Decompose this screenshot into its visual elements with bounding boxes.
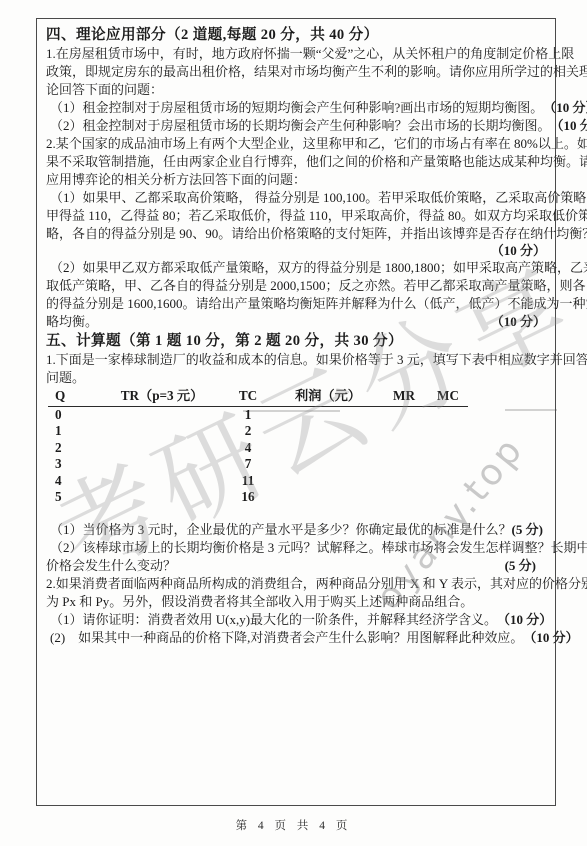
page-number-footer: 第 4 页 共 4 页 [0, 817, 587, 833]
table-row: 2 4 [48, 440, 468, 456]
theory-q2-part2-score: （10 分） [491, 313, 546, 331]
calc-q1-part1: （1）当价格为 3 元时，企业最优的产量水平是多少？你确定最优的标准是什么？ (… [46, 521, 546, 539]
theory-q2-part1-score: （10 分） [46, 243, 546, 259]
theory-q2-part1-line: 甲得益 110，乙得益 80；若乙采取低价，得益 110，甲采取高价，得益 80… [46, 207, 546, 225]
table-row: 3 7 [48, 456, 468, 472]
theory-q1-part1-text: （1）租金控制对于房屋租赁市场的短期均衡会产生何种影响?画出市场的短期均衡图。 [46, 99, 543, 117]
cell-profit [276, 423, 380, 439]
cell-profit [276, 489, 380, 505]
col-header-q: Q [48, 388, 104, 404]
cell-q: 2 [48, 440, 104, 456]
calc-q1-line: 问题。 [46, 369, 546, 387]
calc-q2-part1: （1）请你证明：消费者效用 U(x,y)最大化的一阶条件，并解释其经济学含义。 … [46, 611, 546, 629]
table-row: 0 1 [48, 407, 468, 423]
table-gap [46, 507, 546, 521]
theory-q2-part2-line: 取低产策略，甲、乙各自的得益分别是 2000,1500；反之亦然。若甲乙都采取高… [46, 277, 546, 295]
cell-mc [428, 473, 468, 489]
cell-mc [428, 456, 468, 472]
cell-q: 3 [48, 456, 104, 472]
theory-q1-part1: （1）租金控制对于房屋租赁市场的短期均衡会产生何种影响?画出市场的短期均衡图。 … [46, 99, 546, 117]
theory-q2-line: 应用博弈论的相关分析方法回答下面的问题： [46, 171, 546, 189]
cell-mr [380, 489, 428, 505]
theory-q1-part2-score: （10 分） [551, 117, 587, 135]
section-calc-title: 五、计算题（第 1 题 10 分，第 2 题 20 分，共 30 分） [46, 331, 546, 351]
theory-q2-part1-line: （1）如果甲、乙都采取高价策略， 得益分别是 100,100。若甲采取低价策略，… [46, 189, 546, 207]
theory-q2-part2-last: 略均衡。 [46, 313, 98, 331]
cell-tc: 11 [220, 473, 276, 489]
theory-q1-line: 政策，即规定房东的最高出租价格，结果对市场均衡产生不利的影响。请你应用所学过的相… [46, 63, 546, 81]
cost-revenue-table: Q TR（p=3 元） TC 利润（元） MR MC 0 1 1 2 [48, 388, 468, 505]
cell-tc: 1 [220, 407, 276, 423]
theory-q2-part1-line: 略，各自的得益分别是 90、90。请给出价格策略的支付矩阵，并指出该博弈是否存在… [46, 225, 546, 243]
theory-q2-part2-end: 略均衡。 （10 分） [46, 313, 546, 331]
theory-q1-part1-score: （10 分） [543, 99, 587, 117]
calc-q1-part2-end: 价格会发生什么变动？ (5 分) [46, 557, 546, 575]
calc-q2-part2-score: （10 分） [523, 629, 578, 647]
section-theory-title: 四、理论应用部分（2 道题,每题 20 分，共 40 分） [46, 25, 546, 45]
exam-page: 四、理论应用部分（2 道题,每题 20 分，共 40 分） 1.在房屋租赁市场中… [0, 0, 587, 846]
cell-q: 5 [48, 489, 104, 505]
cell-tc: 2 [220, 423, 276, 439]
calc-q2-part2-text: (2) 如果其中一种商品的价格下降,对消费者会产生什么影响？用图解释此种效应。 [46, 629, 523, 647]
cell-tr [104, 440, 220, 456]
cell-profit [276, 456, 380, 472]
cell-mc [428, 440, 468, 456]
cell-mc [428, 489, 468, 505]
theory-q1-line: 论回答下面的问题： [46, 81, 546, 99]
cell-mr [380, 440, 428, 456]
cell-mc [428, 423, 468, 439]
theory-q2-line: 2.某个国家的成品油市场上有两个大型企业，这里称甲和乙，它们的市场占有率在 80… [46, 135, 546, 153]
calc-q2-part1-score: （10 分） [497, 611, 552, 629]
cell-tr [104, 407, 220, 423]
calc-q1-part2-last: 价格会发生什么变动？ [46, 557, 176, 575]
cell-q: 0 [48, 407, 104, 423]
table-header-row: Q TR（p=3 元） TC 利润（元） MR MC [48, 388, 468, 407]
calc-q2-line: 2.如果消费者面临两种商品所构成的消费组合，两种商品分别用 X 和 Y 表示，其… [46, 575, 546, 593]
cell-tr [104, 423, 220, 439]
cell-profit [276, 407, 380, 423]
cell-mr [380, 473, 428, 489]
col-header-tr: TR（p=3 元） [104, 388, 220, 404]
table-row: 5 16 [48, 489, 468, 505]
cell-mr [380, 456, 428, 472]
cell-mr [380, 423, 428, 439]
calc-q1-part1-text: （1）当价格为 3 元时，企业最优的产量水平是多少？你确定最优的标准是什么？ [46, 521, 512, 539]
cell-mc [428, 407, 468, 423]
cell-profit [276, 473, 380, 489]
question-border-box: 四、理论应用部分（2 道题,每题 20 分，共 40 分） 1.在房屋租赁市场中… [36, 18, 556, 806]
cell-q: 1 [48, 423, 104, 439]
cell-tr [104, 456, 220, 472]
theory-q2-line: 果不采取管制措施，任由两家企业自行博弈，他们之间的价格和产量策略也能达成某种均衡… [46, 153, 546, 171]
col-header-mc: MC [428, 388, 468, 404]
cell-tc: 4 [220, 440, 276, 456]
cell-profit [276, 440, 380, 456]
calc-q2-line: 为 Px 和 Py。另外，假设消费者将其全部收入用于购买上述两种商品组合。 [46, 593, 546, 611]
calc-q1-part1-score: (5 分) [512, 521, 543, 539]
cell-q: 4 [48, 473, 104, 489]
col-header-tc: TC [220, 388, 276, 404]
theory-q1-part2-text: （2）租金控制对于房屋租赁市场的长期均衡会产生何种影响？会出市场的长期均衡图。 [46, 117, 551, 135]
calc-q2-part1-text: （1）请你证明：消费者效用 U(x,y)最大化的一阶条件，并解释其经济学含义。 [46, 611, 497, 629]
cell-tc: 16 [220, 489, 276, 505]
cell-tr [104, 473, 220, 489]
calc-q2-part2: (2) 如果其中一种商品的价格下降,对消费者会产生什么影响？用图解释此种效应。 … [46, 629, 546, 647]
theory-q1-part2: （2）租金控制对于房屋租赁市场的长期均衡会产生何种影响？会出市场的长期均衡图。 … [46, 117, 546, 135]
theory-q1-line: 1.在房屋租赁市场中，有时，地方政府怀揣一颗“父爱”之心，从关怀租户的角度制定价… [46, 45, 546, 63]
col-header-profit: 利润（元） [276, 388, 380, 404]
calc-q1-part2-score: (5 分) [505, 557, 536, 575]
table-row: 1 2 [48, 423, 468, 439]
theory-q2-part2-line: 的得益分别是 1600,1600。请给出产量策略均衡矩阵并解释为什么（低产，低产… [46, 295, 546, 313]
cell-mr [380, 407, 428, 423]
calc-q1-line: 1.下面是一家棒球制造厂的收益和成本的信息。如果价格等于 3 元，填写下表中相应… [46, 351, 546, 369]
calc-q1-part2-line: （2）该棒球市场上的长期均衡价格是 3 元吗？试解释之。棒球市场将会发生怎样调整… [46, 539, 546, 557]
cell-tc: 7 [220, 456, 276, 472]
theory-q2-part2-line: （2）如果甲乙双方都采取低产量策略，双方的得益分别是 1800,1800；如甲采… [46, 259, 546, 277]
table-row: 4 11 [48, 473, 468, 489]
cell-tr [104, 489, 220, 505]
col-header-mr: MR [380, 388, 428, 404]
